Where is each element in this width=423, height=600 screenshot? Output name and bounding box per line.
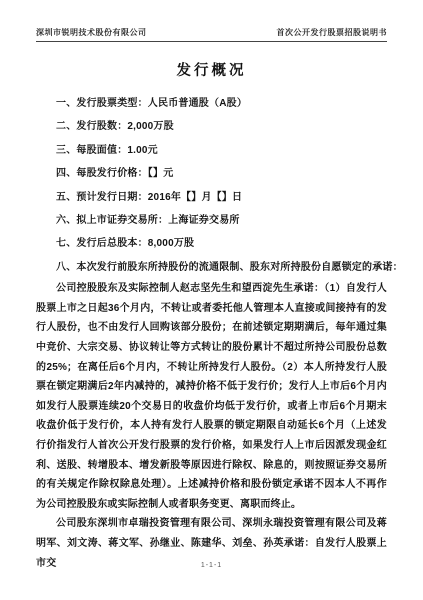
paragraph-controlling-shareholder-commitment: 公司控股股东及实际控制人赵志坚先生和望西淀先生承诺：（1）自发行人股票上市之日起… xyxy=(36,279,387,514)
page-header: 深圳市锐明技术股份有限公司 首次公开发行股票招股说明书 xyxy=(36,27,387,42)
header-document-type: 首次公开发行股票招股说明书 xyxy=(277,27,388,38)
item-par-value: 三、每股面值：1.00元 xyxy=(36,139,387,162)
header-company-name: 深圳市锐明技术股份有限公司 xyxy=(36,27,147,38)
section-title: 发行概况 xyxy=(36,59,387,80)
prospectus-page: 深圳市锐明技术股份有限公司 首次公开发行股票招股说明书 发行概况 一、发行股票类… xyxy=(0,0,423,600)
item-issue-date: 五、预计发行日期：2016年【】月【】日 xyxy=(36,186,387,209)
item-share-count: 二、发行股数：2,000万股 xyxy=(36,115,387,138)
item-total-shares-after-issue: 七、发行后总股本：8,000万股 xyxy=(36,232,387,255)
item-stock-exchange: 六、拟上市证券交易所：上海证券交易所 xyxy=(36,209,387,232)
page-number: 1-1-1 xyxy=(0,562,423,569)
item-share-type: 一、发行股票类型：人民币普通股（A股） xyxy=(36,92,387,115)
item-issue-price: 四、每股发行价格：【】元 xyxy=(36,162,387,185)
section-body: 一、发行股票类型：人民币普通股（A股） 二、发行股数：2,000万股 三、每股面… xyxy=(36,92,387,573)
item-lockup-commitment-heading: 八、本次发行前股东所持股份的流通限制、股东对所持股份自愿锁定的承诺： xyxy=(36,256,387,279)
